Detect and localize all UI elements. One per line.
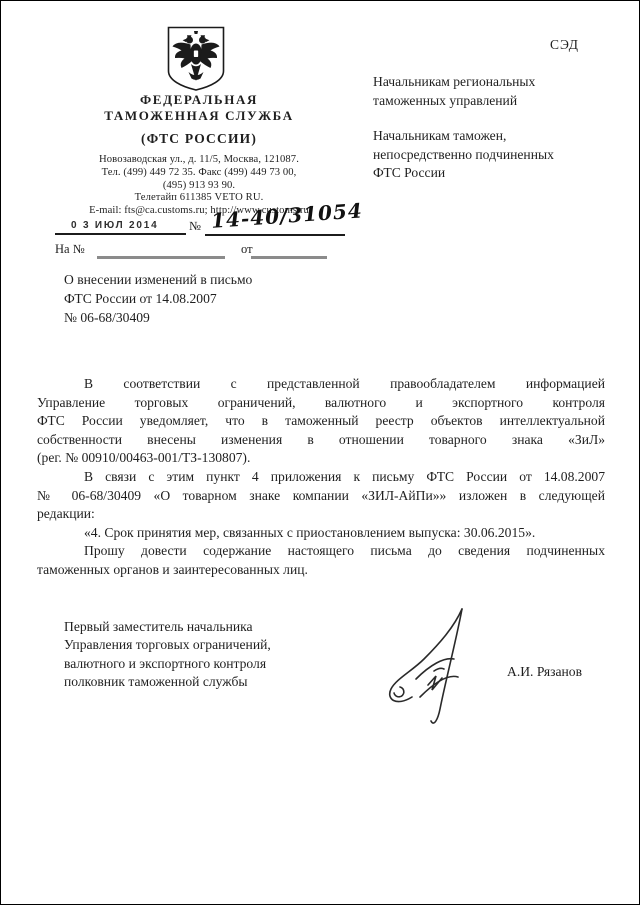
body-line: ФТС России уведомляет, что в таможенный …	[37, 412, 605, 431]
date-underline	[55, 233, 186, 235]
sed-marking: СЭД	[550, 37, 579, 53]
body-line: № 06-68/30409 «О товарном знаке компании…	[37, 487, 605, 506]
reply-date-blank-line	[251, 256, 327, 259]
recipients-block: Начальникам региональных таможенных упра…	[373, 73, 613, 183]
body-line: Прошу довести содержание настоящего пись…	[37, 542, 605, 561]
subject-line: ФТС России от 14.08.2007	[64, 289, 324, 308]
letterhead: ФЕДЕРАЛЬНАЯ ТАМОЖЕННАЯ СЛУЖБА (ФТС РОССИ…	[39, 92, 359, 218]
signer-title-block: Первый заместитель начальника Управления…	[64, 618, 304, 692]
org-name-line2: ТАМОЖЕННАЯ СЛУЖБА	[39, 108, 359, 124]
handwritten-signature-icon	[382, 601, 486, 729]
subject-line: № 06-68/30409	[64, 308, 324, 327]
recipient-line: Начальникам таможен,	[373, 127, 613, 146]
body-line: «4. Срок принятия мер, связанных с приос…	[37, 524, 605, 543]
signer-title-line: валютного и экспортного контроля	[64, 655, 304, 673]
reply-number-blank-line	[97, 256, 225, 259]
phone-fax-line: Тел. (499) 449 72 35. Факс (499) 449 73 …	[39, 167, 359, 180]
recipient-line: непосредственно подчиненных	[373, 146, 613, 165]
phone-line: (495) 913 93 90.	[39, 180, 359, 193]
address-line: Новозаводская ул., д. 11/5, Москва, 1210…	[39, 154, 359, 167]
number-underline	[205, 234, 345, 236]
org-name-line1: ФЕДЕРАЛЬНАЯ	[39, 92, 359, 108]
signer-name: А.И. Рязанов	[507, 664, 582, 680]
signer-title-line: полковник таможенной службы	[64, 673, 304, 691]
signer-title-line: Управления торговых ограничений,	[64, 636, 304, 654]
letter-page: ФЕДЕРАЛЬНАЯ ТАМОЖЕННАЯ СЛУЖБА (ФТС РОССИ…	[0, 0, 640, 905]
reply-to-number-label: На №	[55, 242, 85, 257]
org-abbrev: (ФТС РОССИИ)	[39, 130, 359, 147]
body-line: (рег. № 00910/00463-001/ТЗ-130807).	[37, 449, 605, 468]
body-line: В связи с этим пункт 4 приложения к пись…	[37, 468, 605, 487]
number-label: №	[189, 219, 201, 234]
russia-coat-of-arms-icon	[167, 26, 225, 92]
subject-line: О внесении изменений в письмо	[64, 270, 324, 289]
body-line: Управление торговых ограничений, валютно…	[37, 394, 605, 413]
body-line: таможенных органов и заинтересованных ли…	[37, 561, 605, 580]
recipient-line: ФТС России	[373, 164, 613, 183]
date-stamp: 0 3 ИЮЛ 2014	[71, 220, 191, 231]
signer-title-line: Первый заместитель начальника	[64, 618, 304, 636]
reply-date-label: от	[241, 242, 253, 257]
body-line: В соответствии с представленной правообл…	[37, 375, 605, 394]
body-line: собственности внесены изменения в отноше…	[37, 431, 605, 450]
letter-body: В соответствии с представленной правообл…	[37, 375, 605, 580]
subject-block: О внесении изменений в письмо ФТС России…	[64, 270, 324, 327]
recipient-line: таможенных управлений	[373, 92, 613, 111]
recipient-line: Начальникам региональных	[373, 73, 613, 92]
body-line: редакции:	[37, 505, 605, 524]
